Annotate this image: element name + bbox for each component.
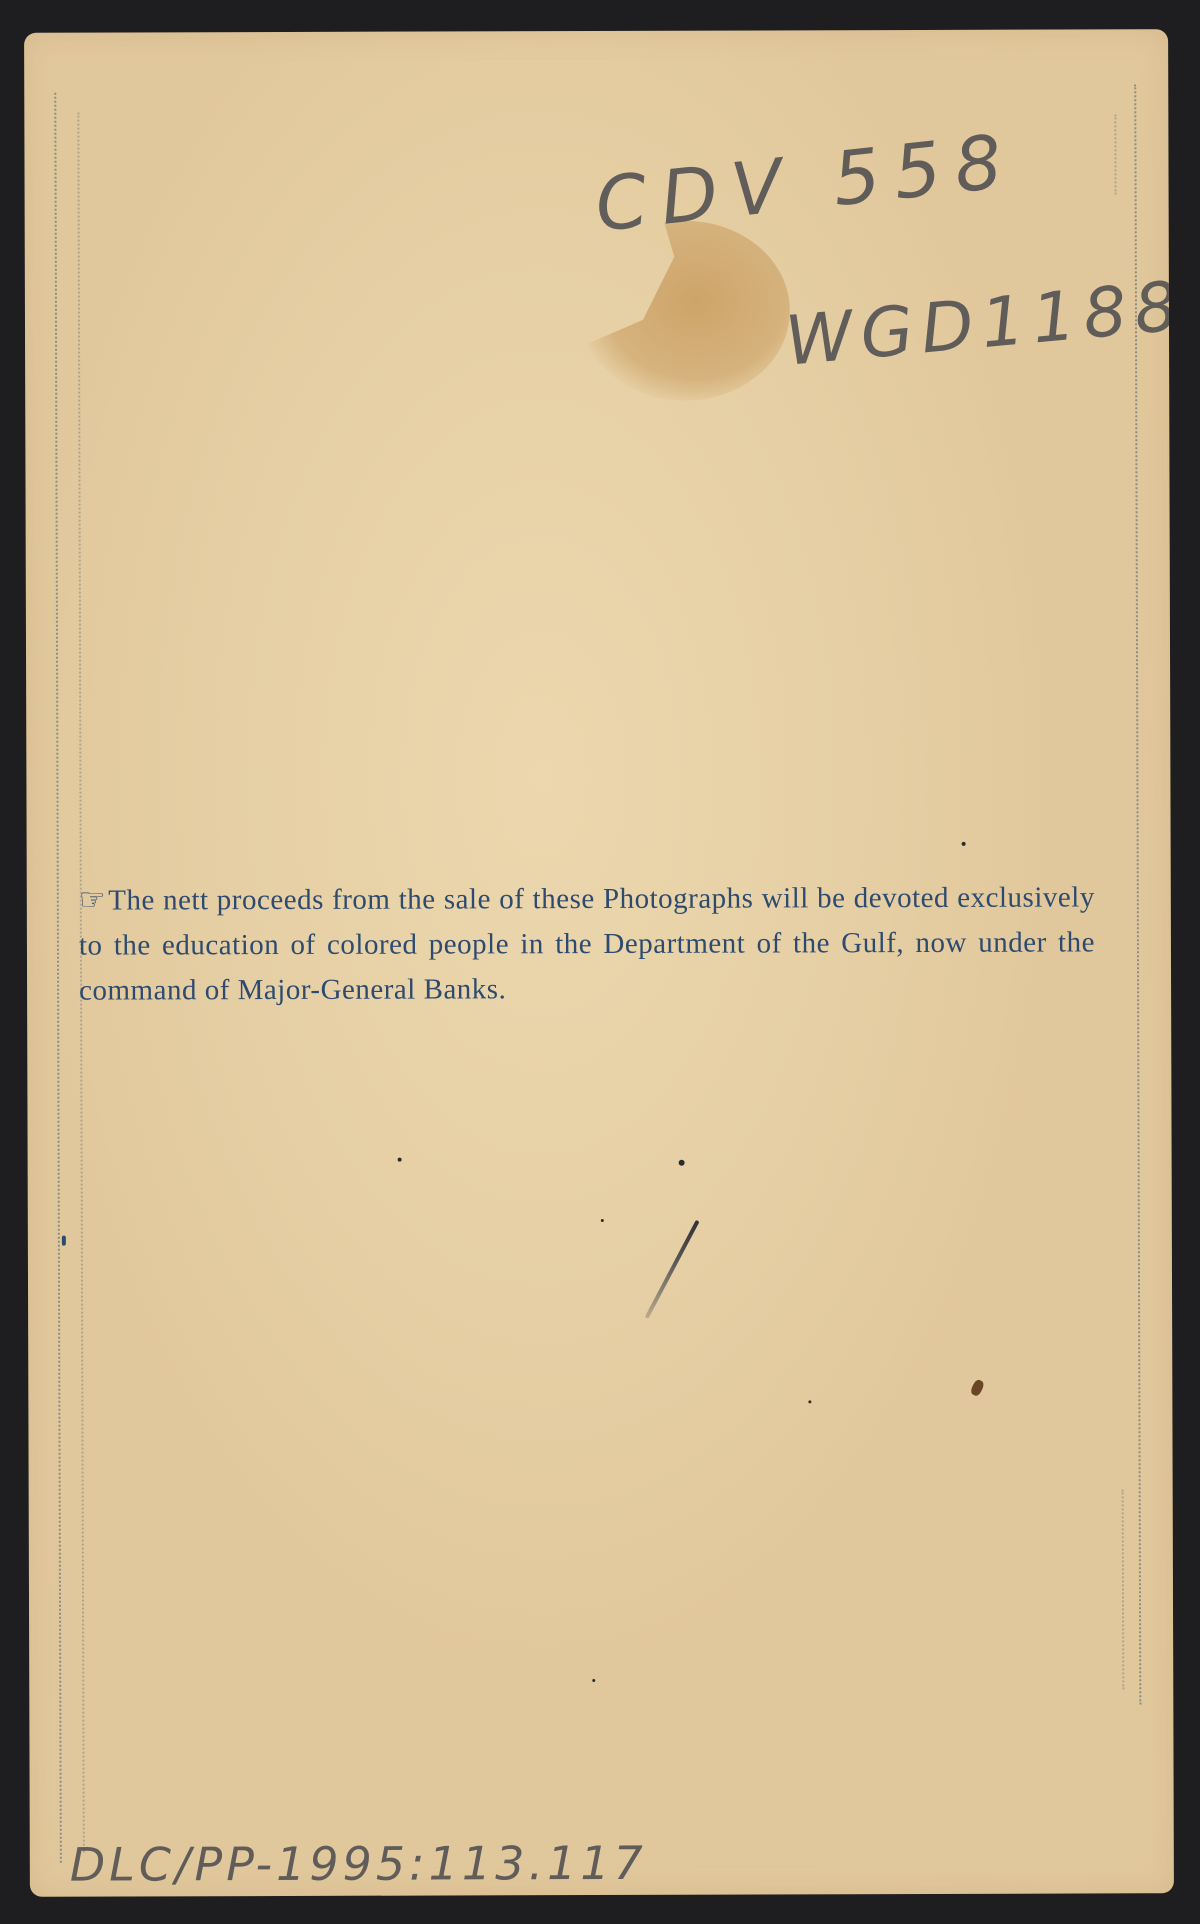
ink-speck bbox=[398, 1158, 402, 1162]
right-inner-border-line bbox=[1114, 114, 1116, 194]
photo-card-verso: CDV 558 WGD1188 ☞The nett proceeds from … bbox=[24, 29, 1174, 1897]
ink-speck bbox=[679, 1160, 685, 1166]
ink-speck bbox=[601, 1219, 604, 1222]
ink-speck bbox=[962, 842, 966, 846]
printed-notice: ☞The nett proceeds from the sale of thes… bbox=[79, 874, 1095, 1013]
handwritten-cdv-number: CDV 558 bbox=[591, 118, 1020, 249]
right-inner-border-line-lower bbox=[1122, 1489, 1125, 1689]
pointing-hand-icon: ☞ bbox=[79, 884, 107, 917]
notice-text: The nett proceeds from the sale of these… bbox=[79, 881, 1095, 1006]
ink-speck bbox=[62, 1236, 66, 1246]
ink-speck bbox=[808, 1400, 811, 1403]
handwritten-catalog-number: DLC/PP-1995:113.117 bbox=[70, 1836, 647, 1892]
ink-speck bbox=[592, 1679, 595, 1682]
brown-spot bbox=[969, 1378, 985, 1397]
pencil-scratch bbox=[645, 1220, 700, 1319]
handwritten-wgd-number: WGD1188 bbox=[782, 267, 1174, 382]
left-outer-border-line bbox=[54, 93, 62, 1863]
